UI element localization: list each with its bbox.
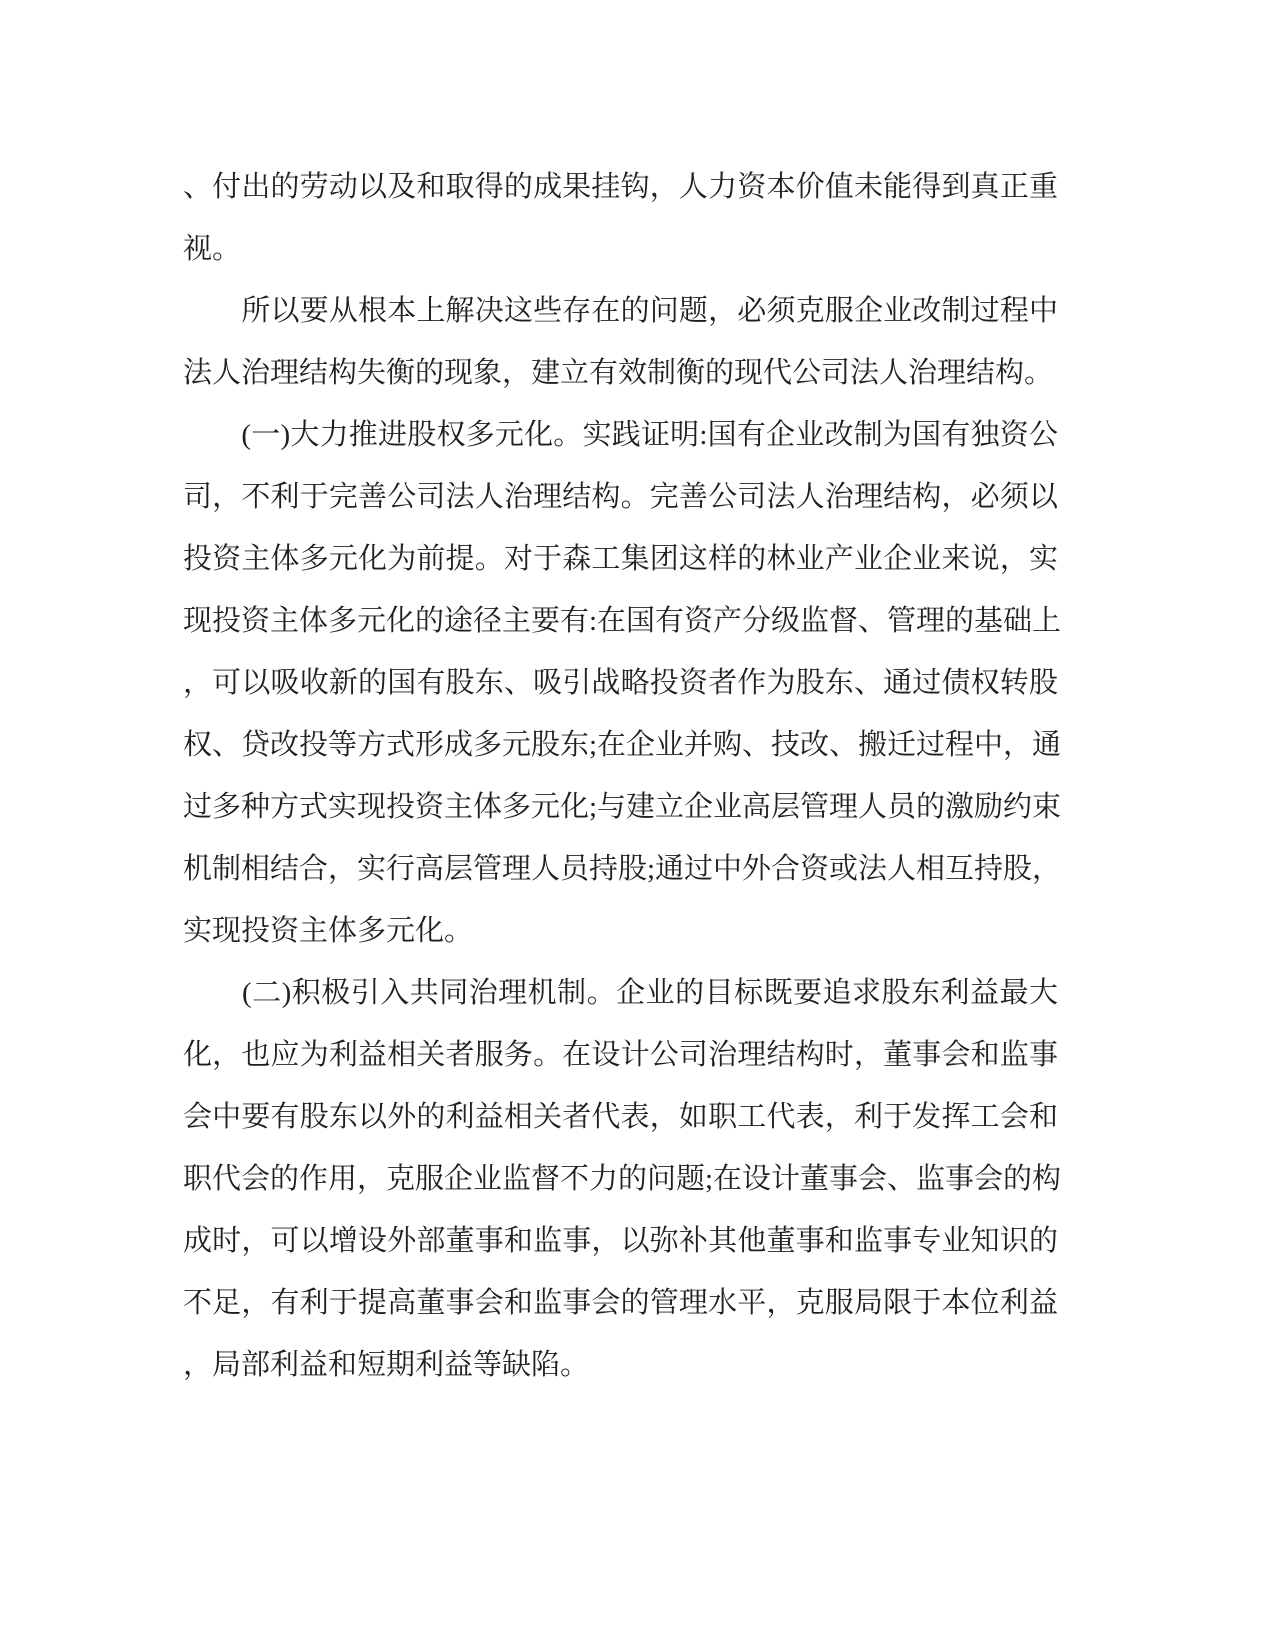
document-page: 、付出的劳动以及和取得的成果挂钩，人力资本价值未能得到真正重 视。 所以要从根本… — [0, 0, 1275, 1650]
text-line: (二)积极引入共同治理机制。企业的目标既要追求股东利益最大 — [183, 962, 1058, 1024]
text-line: ，可以吸收新的国有股东、吸引战略投资者作为股东、通过债权转股 — [183, 652, 1058, 714]
text-line: 成时，可以增设外部董事和监事，以弥补其他董事和监事专业知识的 — [183, 1210, 1058, 1272]
paragraph: (二)积极引入共同治理机制。企业的目标既要追求股东利益最大 化，也应为利益相关者… — [183, 962, 1058, 1396]
text-line: 现投资主体多元化的途径主要有:在国有资产分级监督、管理的基础上 — [183, 590, 1058, 652]
text-line: 所以要从根本上解决这些存在的问题，必须克服企业改制过程中 — [183, 280, 1058, 342]
paragraph: (一)大力推进股权多元化。实践证明:国有企业改制为国有独资公 司，不利于完善公司… — [183, 404, 1058, 962]
text-line: (一)大力推进股权多元化。实践证明:国有企业改制为国有独资公 — [183, 404, 1058, 466]
text-line: 实现投资主体多元化。 — [183, 900, 1058, 962]
text-line: 投资主体多元化为前提。对于森工集团这样的林业产业企业来说，实 — [183, 528, 1058, 590]
text-line: 不足，有利于提高董事会和监事会的管理水平，克服局限于本位利益 — [183, 1272, 1058, 1334]
paragraph: 、付出的劳动以及和取得的成果挂钩，人力资本价值未能得到真正重 视。 — [183, 156, 1058, 280]
text-line: 司，不利于完善公司法人治理结构。完善公司法人治理结构，必须以 — [183, 466, 1058, 528]
document-text: 、付出的劳动以及和取得的成果挂钩，人力资本价值未能得到真正重 视。 所以要从根本… — [183, 156, 1058, 1396]
text-line: 视。 — [183, 218, 1058, 280]
text-line: 会中要有股东以外的利益相关者代表，如职工代表，利于发挥工会和 — [183, 1086, 1058, 1148]
text-line: 过多种方式实现投资主体多元化;与建立企业高层管理人员的激励约束 — [183, 776, 1058, 838]
text-line: 、付出的劳动以及和取得的成果挂钩，人力资本价值未能得到真正重 — [183, 156, 1058, 218]
text-line: 法人治理结构失衡的现象，建立有效制衡的现代公司法人治理结构。 — [183, 342, 1058, 404]
paragraph: 所以要从根本上解决这些存在的问题，必须克服企业改制过程中 法人治理结构失衡的现象… — [183, 280, 1058, 404]
text-line: 化，也应为利益相关者服务。在设计公司治理结构时，董事会和监事 — [183, 1024, 1058, 1086]
text-line: ，局部利益和短期利益等缺陷。 — [183, 1334, 1058, 1396]
text-line: 职代会的作用，克服企业监督不力的问题;在设计董事会、监事会的构 — [183, 1148, 1058, 1210]
text-line: 机制相结合，实行高层管理人员持股;通过中外合资或法人相互持股， — [183, 838, 1058, 900]
text-line: 权、贷改投等方式形成多元股东;在企业并购、技改、搬迁过程中，通 — [183, 714, 1058, 776]
